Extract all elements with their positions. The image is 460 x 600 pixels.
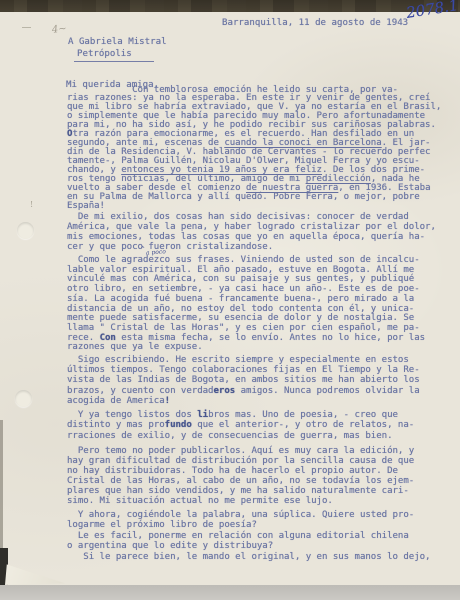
- letter-line: últimos tiempos. Tengo colaboraciones fi…: [67, 365, 420, 375]
- scan-edge-shadow: [0, 420, 3, 550]
- letter-line: De mi exilio, dos cosas han sido decisiv…: [67, 212, 436, 222]
- handwritten-insertion: a poco: [146, 248, 166, 256]
- recipient-city: Petrópolis: [77, 49, 132, 59]
- dateline: Barranquilla, 11 de agosto de 1943: [222, 18, 408, 28]
- paragraph-4: Sigo escribiendo. He escrito siempre y e…: [67, 355, 420, 407]
- letter-line: América, que vale la pena, y haber logra…: [67, 222, 436, 232]
- paragraph-7: Y ahora, cogiéndole la palabra, una súpl…: [67, 510, 430, 562]
- recipient-underline: [74, 61, 154, 62]
- letter-line: España!: [67, 202, 441, 211]
- margin-pencil-mark: !: [30, 200, 33, 209]
- paragraph-6: Pero temo no poder publicarlos. Aquí es …: [67, 446, 414, 507]
- letter-line: acogida de America!: [67, 396, 420, 406]
- letter-line: hay gran dificultad de distribución por …: [67, 456, 414, 466]
- letter-line: Cristal de las Horas, al cabo de un año,…: [67, 476, 414, 486]
- letter-line: brazos, y cuento con verdaderos amigos. …: [67, 386, 420, 396]
- letter-line: plares que han sido vendidos, y me ha sa…: [67, 486, 414, 496]
- handwritten-caret: ^: [141, 246, 145, 253]
- recipient-name: A Gabriela Mistral: [68, 37, 167, 47]
- paragraph-5: Y ya tengo listos dos libros mas. Uno de…: [67, 410, 414, 442]
- letter-line: rraciones de exilio, y de consecuencias …: [67, 431, 414, 442]
- paragraph-3: Como le agradezco sus frases. Viniendo d…: [67, 256, 425, 353]
- paragraph-1: Con temblorosa emoción he leido su carta…: [67, 86, 441, 211]
- letter-line: distinto y mas profundo que el anterior-…: [67, 420, 414, 431]
- letter-line: cer y que poco fueron cristalizandose.: [67, 242, 436, 252]
- letter-line: Si le parece bien, le mando el original,…: [67, 552, 430, 562]
- paragraph-2: De mi exilio, dos cosas han sido decisiv…: [67, 212, 436, 253]
- pencil-dash-mark: [22, 27, 31, 28]
- photo-background: 2078.1 4~ ! Barranquilla, 11 de agosto d…: [0, 0, 460, 600]
- letter-line: Le es facil, ponerme en relación con alg…: [67, 531, 430, 541]
- punch-hole-bottom: [15, 390, 32, 407]
- letter-line: en su Palma de Mallorca y allí quedó. Po…: [67, 193, 441, 202]
- pencil-mark: 4~: [51, 23, 67, 35]
- letter-line: Y ya tengo listos dos libros mas. Uno de…: [67, 410, 414, 421]
- corner-fold: [5, 561, 65, 585]
- backdrop-bottom: [0, 585, 460, 600]
- letter-line: Y ahora, cogiéndole la palabra, una súpl…: [67, 510, 430, 520]
- letter-line: o argentina que lo edite y distribuya?: [67, 541, 430, 551]
- letter-line: Sigo escribiendo. He escrito siempre y e…: [67, 355, 420, 365]
- letter-line: simo. Mi situación actual no me permite …: [67, 496, 414, 506]
- letter-line: no hay distribuidoras. Todo ha de hacerl…: [67, 466, 414, 476]
- punch-hole-top: [17, 222, 34, 239]
- letter-line: mis emociones, todas las cosas que yo en…: [67, 232, 436, 242]
- corner-fold-face: [5, 561, 65, 585]
- letter-line: razones que ya le expuse.: [67, 343, 425, 353]
- letter-line: vista de las Indias de Bogota, en ambos …: [67, 375, 420, 385]
- letter-line: logarme el próximo libro de poesía?: [67, 520, 430, 530]
- letter-line: Pero temo no poder publicarlos. Aquí es …: [67, 446, 414, 456]
